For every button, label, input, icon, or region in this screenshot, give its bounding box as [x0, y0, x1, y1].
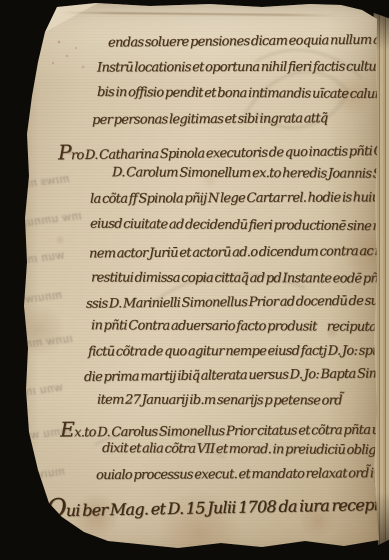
text-line: nem actor Juriū et actorū ad.o dicendum …	[89, 244, 389, 262]
text-line-signature: Qui ber Mag. et D. 15 Julii 1708 da iura…	[46, 487, 389, 523]
text-line: per personas legitimas et sibi ingrata a…	[92, 111, 328, 128]
text-line: endas soluere pensiones dicam eoquia nul…	[108, 32, 389, 50]
ink-bleed-mark: wun ınmuı	[5, 248, 65, 268]
text-line: ssis D. Marinielli Simonellus Prior ad d…	[86, 293, 389, 311]
text-line: bis in offisio pendit et bona intimandis…	[97, 85, 389, 102]
photo-background: { "manuscript": { "lines": [ "endas solu…	[0, 0, 389, 560]
text-line: Ex.to D. Carolus Simonellus Prior citatu…	[60, 414, 389, 441]
text-line: item 27 Januarij ib.m senarijs p petense…	[97, 393, 342, 409]
manuscript-photograph: mıws nnuım ınw umnuı mw wun ınmuı mnuıw …	[0, 0, 389, 560]
top-crease-line	[60, 12, 340, 17]
text-line: D. Carolum Simonellum ex.to heredis Joan…	[112, 165, 389, 182]
ink-bleed-mark: ıunw mnuım	[3, 332, 73, 353]
manuscript-page: mıws nnuım ınw umnuı mw wun ınmuı mnuıw …	[0, 0, 389, 560]
text-line: fictū cõtra de quo agitur nempe eiusd fa…	[88, 343, 389, 359]
text-line: in pñti Contra aduersario facto produsit…	[91, 318, 382, 335]
text-line: die prima martij ibiq̃ alterata uersus D…	[84, 366, 389, 385]
text-line: ouialo processus execut. et mandato rela…	[96, 466, 389, 483]
ink-bleed-mark: mnuıw nnu	[0, 288, 63, 308]
text-line: Instrū locationis et oportuna nihil fier…	[97, 60, 376, 76]
text-line: dixit et alia cõtra VII et morad. in pre…	[102, 441, 383, 458]
ink-bleed-mark: ınw umnuı mw	[0, 209, 83, 232]
ink-bleed-mark: wnu ımnu	[7, 381, 63, 401]
text-line: Pro D. Catharina Spinola executoris de q…	[58, 136, 389, 165]
text-line: eiusd ciuitate ad decidendū fieri produc…	[90, 217, 389, 235]
text-line: restitui dimissa copia cittaq̃ ad pd Ins…	[91, 270, 389, 286]
ink-bleed-mark: mıws nnuım	[1, 172, 70, 193]
ink-bleed-mark: muıw nnu	[9, 465, 65, 485]
text-line: la cõta ff Spinola pñij N lege Cartar re…	[90, 190, 385, 207]
